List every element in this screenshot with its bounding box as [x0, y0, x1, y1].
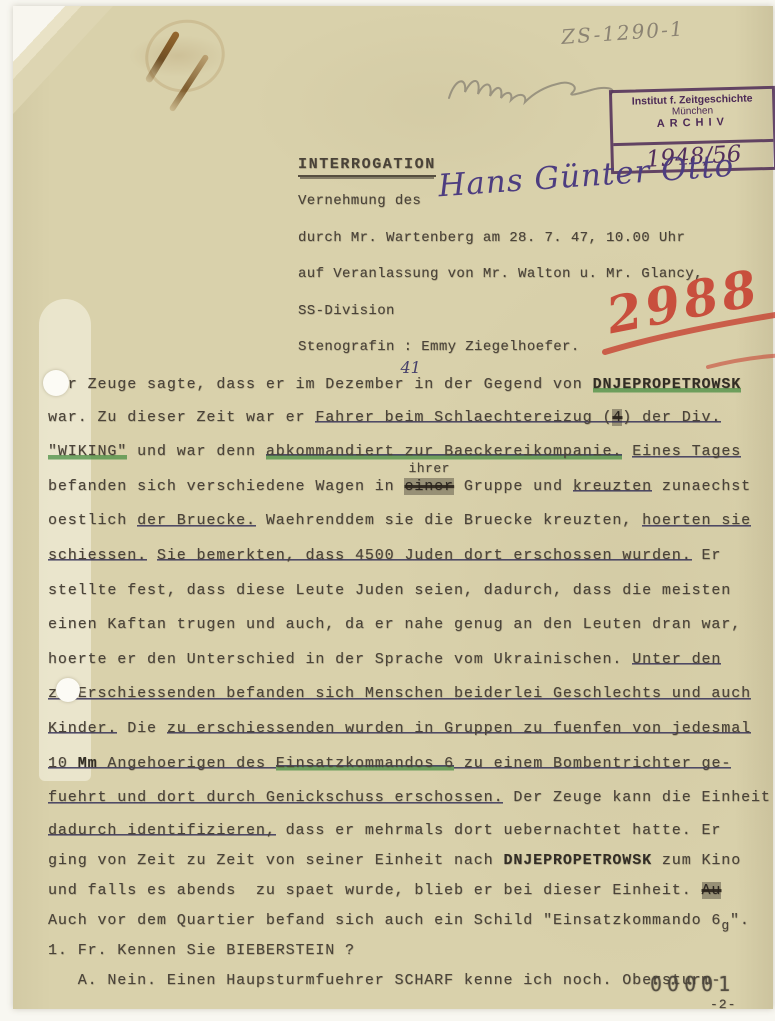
folded-corner — [13, 6, 113, 114]
typed-segment: Er — [692, 547, 722, 564]
typed-segment: kreuzten — [573, 478, 652, 495]
typed-segment: Au — [702, 882, 722, 899]
typed-segment: Der Zeuge sagte, dass er im Dezember — [48, 376, 404, 393]
typed-segment: Angehoerigen des — [98, 755, 276, 772]
typed-line: stellte fest, dass diese Leute Juden sei… — [48, 574, 773, 609]
typed-segment — [147, 547, 157, 564]
inserted-word: ihrer — [408, 462, 450, 476]
page-number: -2- — [710, 997, 736, 1012]
typed-segment: dadurch identifizieren, — [48, 822, 276, 839]
typed-segment: zunaechst — [652, 478, 751, 495]
document-number-stamp: 00001 — [650, 972, 735, 996]
typed-line: schiessen. Sie bemerkten, dass 4500 Jude… — [48, 539, 773, 574]
typed-segment: Eines Tages — [632, 443, 741, 460]
typed-segment: Mm — [78, 755, 98, 772]
typed-line: einen Kaftan trugen und auch, da er nahe… — [48, 608, 773, 643]
typed-segment: schiessen. — [48, 547, 147, 564]
typed-segment: Der Zeuge kann die Einheit — [503, 789, 770, 806]
typed-segment: oestlich — [48, 512, 137, 529]
typed-segment: Auch vor dem Quartier befand sich auch e… — [48, 912, 721, 929]
typed-segment: ) der Div. — [622, 409, 721, 426]
typed-segment: zu Erschiessenden befanden sich Menschen… — [48, 685, 751, 702]
typed-segment: A. Nein. Einen Haupsturmfuehrer SCHARF k… — [48, 972, 721, 989]
typed-segment: Unter den — [632, 651, 721, 668]
document-page: ZS-1290-1 Institut f. Zeitgeschichte Mün… — [13, 6, 773, 1009]
typed-segment: Die — [117, 720, 167, 737]
typed-segment: Sie bemerkten, dass 4500 Juden dort ersc… — [157, 547, 692, 564]
typed-segment: hoerten sie — [642, 512, 751, 529]
typed-segment: 10 — [48, 755, 78, 772]
typed-segment: zu einem Bombentrichter ge- — [454, 755, 731, 772]
typed-segment: und falls es abends zu spaet wurde, blie… — [48, 882, 702, 899]
typed-segment: Fahrer beim Schlaechtereizug ( — [315, 409, 612, 426]
typed-segment: befanden sich verschiedene Wagen in — [48, 478, 404, 495]
stamp-archiv-line: ARCHIV — [613, 115, 773, 132]
typed-segment: hoerte er den Unterschied in der Sprache… — [48, 651, 632, 668]
typed-segment: Einsatzkommandos 6 — [276, 755, 454, 772]
punch-hole — [56, 678, 80, 702]
typed-segment: 1. Fr. Kennen Sie BIEBERSTEIN ? — [48, 942, 355, 959]
body-text: Der Zeuge sagte, dass er im Dezember41 i… — [48, 366, 773, 996]
typed-line: Kinder. Die zu erschiessenden wurden in … — [48, 712, 773, 747]
typed-segment: zu erschiessenden wurden in Gruppen zu f… — [167, 720, 751, 737]
typed-segment: war. Zu dieser Zeit war er — [48, 409, 315, 426]
archive-stamp-text: Institut f. Zeitgeschichte München ARCHI… — [612, 89, 773, 146]
typed-line: oestlich der Bruecke. Waehrenddem sie di… — [48, 504, 773, 539]
typed-line: war. Zu dieser Zeit war er Fahrer beim S… — [48, 401, 773, 436]
typed-segment: ging von Zeit zu Zeit von seiner Einheit… — [48, 852, 503, 869]
typed-line: Der Zeuge sagte, dass er im Dezember41 i… — [48, 366, 773, 401]
typed-line: 10 Mm Angehoerigen des Einsatzkommandos … — [48, 747, 773, 782]
typed-line: fuehrt und dort durch Genickschuss ersch… — [48, 781, 773, 816]
typed-line: hoerte er den Unterschied in der Sprache… — [48, 643, 773, 678]
document-title: INTERROGATION — [298, 155, 436, 177]
typed-segment: Waehrenddem sie die Bruecke kreuzten, — [256, 512, 642, 529]
typed-line: befanden sich verschiedene Wagen in eine… — [48, 470, 773, 505]
typed-line: dadurch identifizieren, dass er mehrmals… — [48, 816, 773, 846]
typed-line: ging von Zeit zu Zeit von seiner Einheit… — [48, 846, 773, 876]
typed-segment: Gruppe und — [454, 478, 573, 495]
typed-segment: der Bruecke. — [137, 512, 256, 529]
typed-segment: Kinder. — [48, 720, 117, 737]
typed-segment: DNJEPROPETROWSK — [593, 376, 742, 393]
header-line-interrogator: durch Mr. Wartenberg am 28. 7. 47, 10.00… — [298, 220, 703, 256]
typed-segment: einerihrer — [404, 478, 454, 495]
typed-segment — [622, 443, 632, 460]
typed-line: zu Erschiessenden befanden sich Menschen… — [48, 677, 773, 712]
archive-reference-pencil: ZS-1290-1 — [560, 11, 761, 49]
punch-hole — [43, 370, 69, 396]
typed-segment: zum Kino — [652, 852, 741, 869]
typed-segment: in der Gegend von — [404, 376, 592, 393]
typed-line: Auch vor dem Quartier befand sich auch e… — [48, 906, 773, 936]
typed-line: und falls es abends zu spaet wurde, blie… — [48, 876, 773, 906]
typed-segment: ". — [730, 912, 750, 929]
typed-segment: stellte fest, dass diese Leute Juden sei… — [48, 582, 731, 599]
typed-segment: DNJEPROPETROWSK — [503, 852, 652, 869]
typed-segment: und war denn — [127, 443, 266, 460]
typed-segment: g — [721, 911, 730, 941]
typed-segment: dass er mehrmals dort uebernachtet hatte… — [276, 822, 722, 839]
typed-segment: "WIKING" — [48, 443, 127, 460]
typed-segment: abkommandiert zur Baeckereikompanie. — [266, 443, 622, 460]
typed-segment: fuehrt und dort durch Genickschuss ersch… — [48, 789, 503, 806]
typed-line: 1. Fr. Kennen Sie BIEBERSTEIN ? — [48, 936, 773, 966]
typed-segment: 4 — [612, 409, 622, 426]
typed-segment: einen Kaftan trugen und auch, da er nahe… — [48, 616, 741, 633]
